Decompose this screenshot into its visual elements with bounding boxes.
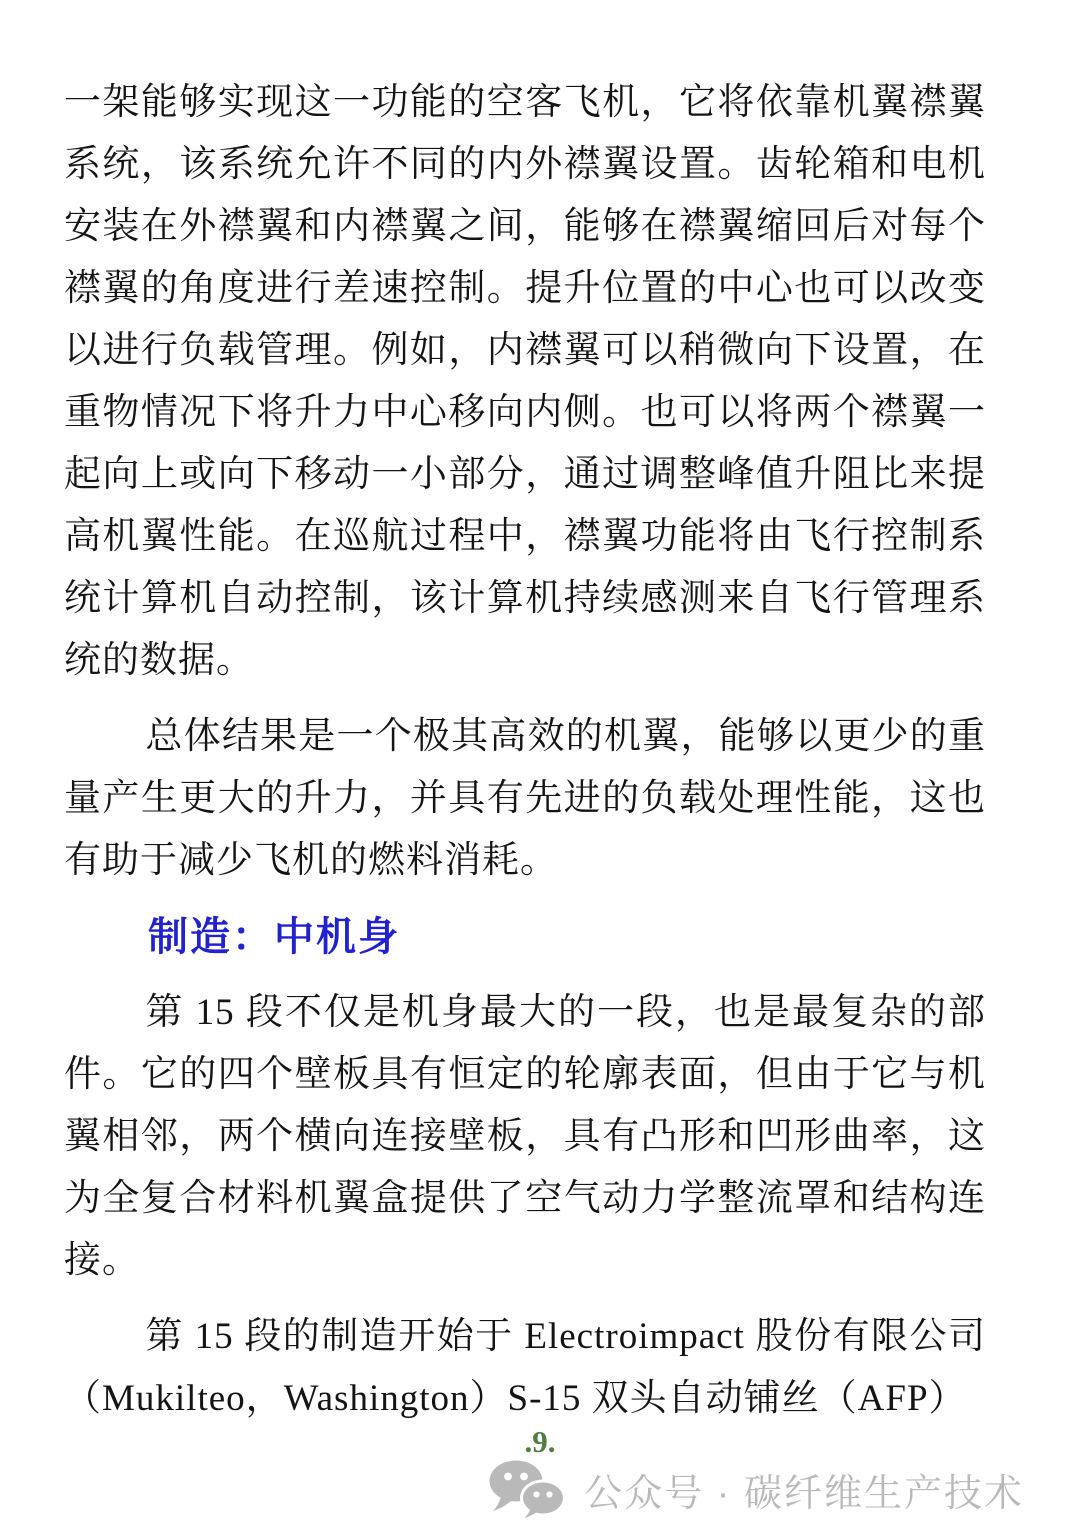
paragraph-overall-result: 总体结果是一个极其高效的机翼，能够以更少的重量产生更大的升力，并具有先进的负载处… xyxy=(64,706,986,892)
wechat-watermark: 公众号 · 碳纤维生产技术 xyxy=(488,1460,1024,1518)
paragraph-section15-electroimpact: 第 15 段的制造开始于 Electroimpact 股份有限公司（Mukilt… xyxy=(64,1306,986,1430)
document-page: 一架能够实现这一功能的空客飞机，它将依靠机翼襟翼系统，该系统允许不同的内外襟翼设… xyxy=(0,0,1080,1527)
document-body: 一架能够实现这一功能的空客飞机，它将依靠机翼襟翼系统，该系统允许不同的内外襟翼设… xyxy=(64,72,986,1444)
page-number: .9. xyxy=(0,1424,1080,1460)
paragraph-flap-system: 一架能够实现这一功能的空客飞机，它将依靠机翼襟翼系统，该系统允许不同的内外襟翼设… xyxy=(64,72,986,692)
paragraph-section15-complexity: 第 15 段不仅是机身最大的一段，也是最复杂的部件。它的四个壁板具有恒定的轮廓表… xyxy=(64,982,986,1292)
watermark-label: 公众号 · 碳纤维生产技术 xyxy=(584,1462,1024,1517)
section-heading-manufacturing-center-fuselage: 制造：中机身 xyxy=(148,908,986,966)
wechat-icon xyxy=(488,1460,568,1518)
